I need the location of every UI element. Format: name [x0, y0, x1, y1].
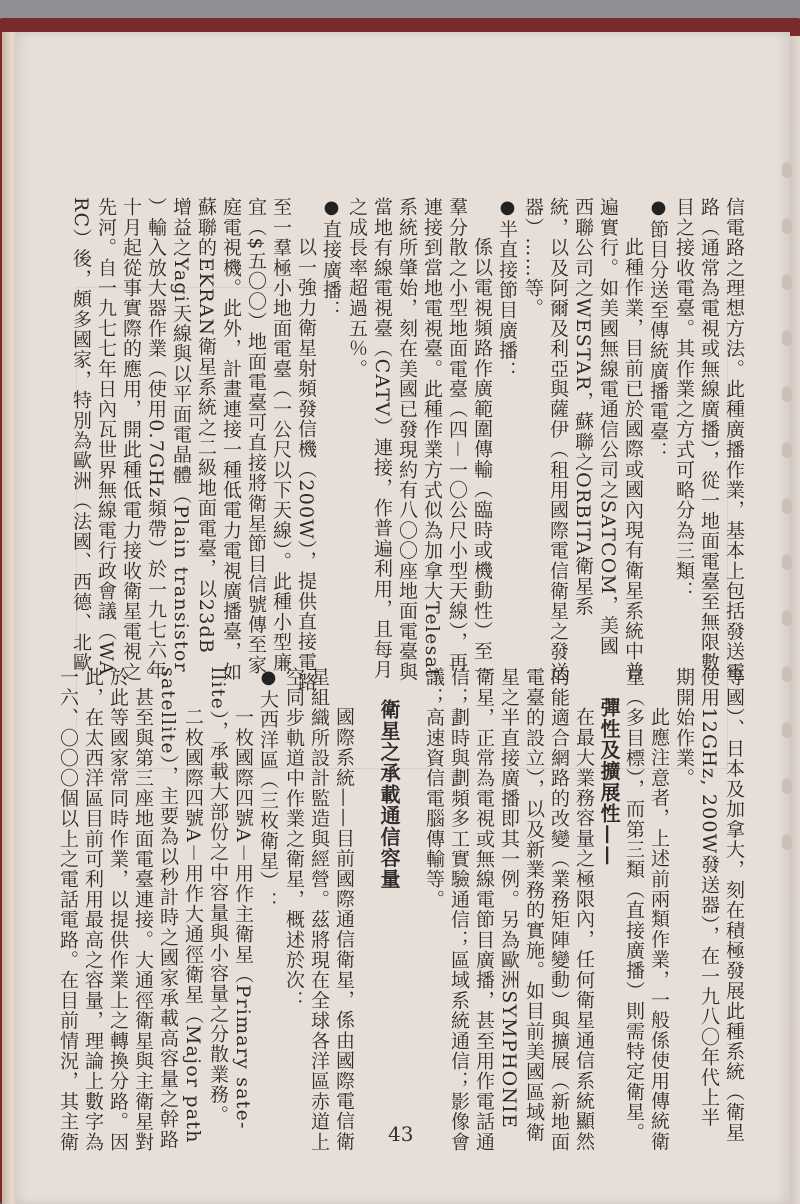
paragraph-start-column: 係以電視頻路作廣範圍傳輸（臨時或機動性）至一 [469, 197, 494, 627]
text-column: 羣分散之小型地面電臺（四－一〇公尺小型天線），再 [444, 197, 469, 627]
text-column: 之成長率超過五％。 [344, 197, 369, 627]
paragraph-start-column: 二枚國際四號A－用作大通徑衛星（Major path [180, 667, 205, 1097]
text-column: 星組織所設計監造與經營。茲將現在全球各洋區赤道上 [306, 667, 331, 1097]
text-column: 庭電視機。此外，計畫連接一種低電力電視廣播臺，如 [218, 197, 243, 627]
text-column: 西聯公司之WESTAR，蘇聯之ORBITA衛星系 [570, 197, 595, 627]
text-column: 先河。自一九七七年日內瓦世界無線電行政會議（WA [93, 197, 118, 627]
text-column: 蘇聯的EKRAN衛星系統之二級地面電臺，以23dB [193, 197, 218, 627]
text-column: 目之接收電臺。其作業之方式可略分為三類： [671, 197, 696, 627]
text-column: 星之半直接廣播即其一例。另為歐洲SYMPHONIE [496, 667, 521, 1097]
column-spacer [401, 667, 421, 1097]
text-column: 於此等國家常同時作業，以提供作業上之轉換分路。因 [105, 667, 130, 1097]
vertical-text-block: 信電路之理想方法。此種廣播作業，基本上包括發送電路（通常為電視或無線廣播），從一… [56, 167, 746, 1087]
text-column: 議；高速資信電腦傳輸等。 [421, 667, 446, 1097]
book-page: 信電路之理想方法。此種廣播作業，基本上包括發送電路（通常為電視或無線廣播），從一… [16, 32, 790, 1204]
text-column: 系統所肇始，刻在美國已發現約有八〇〇座地面電臺與 [394, 197, 419, 627]
text-column: 星（多目標），而第三類（直接廣播）則需特定衛星。 [621, 667, 646, 1097]
text-column: 等國）、日本及加拿大，刻在積極發展此種系統（衛星 [721, 667, 746, 1097]
text-column: llite），承載大部份之中容量與小容量之分散業務。 [205, 667, 230, 1097]
binding-holes [776, 162, 796, 922]
text-column: 。甚至與第三座地面電臺連接。大通徑衛星與主衛星對 [130, 667, 155, 1097]
bullet-heading: 直接廣播： [318, 197, 344, 627]
column-spacer [356, 667, 376, 1097]
text-column: 期開始作業。 [671, 667, 696, 1097]
page-number: 43 [388, 1122, 413, 1146]
text-column: 遍實行。如美國無線電通信公司之SATCOM，美國 [595, 197, 620, 627]
text-column: RC）後，頗多國家，特別為歐洲（法國、西德、北歐 [68, 197, 93, 627]
text-column: 連接到當地電視臺。此種作業方式似為加拿大Telesat [419, 197, 444, 627]
text-column: 宜（$五〇〇）地面電臺可直接將衛星節目信號傳至家 [243, 197, 268, 627]
bullet-heading: 節目分送至傳統廣播電臺： [645, 197, 671, 627]
text-column: 的能適合網路的改變（業務矩陣變動）與擴展（新地面 [546, 667, 571, 1097]
lower-text-section: 等國）、日本及加拿大，刻在積極發展此種系統（衛星使用12GHz, 200W發送器… [56, 667, 746, 1097]
text-column: 信；劃時與劃頻多工實驗通信；區域系統通信；影像會 [446, 667, 471, 1097]
bullet-heading: 大西洋區（三枚衛星）： [255, 667, 281, 1097]
text-column: 一六、〇〇〇個以上之電話電路。在目前情況，其主衛 [55, 667, 80, 1097]
text-column: 器）……等。 [520, 197, 545, 627]
text-column: 衛星，正常為電視或無線電節目廣播，甚至用作電話通 [471, 667, 496, 1097]
text-column: 統，以及阿爾及利亞與薩伊（租用國際電信衛星之發送 [545, 197, 570, 627]
text-column: ）輸入放大器作業（使用0.7GHz頻帶）於一九七六年 [143, 197, 168, 627]
text-column: 信電路之理想方法。此種廣播作業，基本上包括發送電 [721, 197, 746, 627]
text-column: 路（通常為電視或無線廣播），從一地面電臺至無限數 [696, 197, 721, 627]
paragraph-start-column: 在最大業務容量之極限內，任何衛星通信系統顯然 [571, 667, 596, 1097]
text-column: 十月起從事實際的應用，開此種低電力接收衛星電視之 [118, 197, 143, 627]
chapter-heading: 衛星之承載通信容量 [376, 667, 401, 1097]
paragraph-start-column: 此應注意者，上述前兩類作業，一般係使用傳統衛 [646, 667, 671, 1097]
paragraph-start-column: 此種作業，目前已於國際或國內現有衛星系統中普 [620, 197, 645, 627]
paragraph-start-column: 國際系統——目前國際通信衛星，係由國際電信衛 [331, 667, 356, 1097]
text-column: 當地有線電視臺（CATV）連接，作普遍利用，且每月 [369, 197, 394, 627]
upper-text-section: 信電路之理想方法。此種廣播作業，基本上包括發送電路（通常為電視或無線廣播），從一… [56, 197, 746, 627]
paragraph-start-column: 以一強力衛星射頻發信機（200W），提供直接電路 [293, 197, 318, 627]
section-heading: 彈性及擴展性—— [596, 667, 621, 1097]
text-column: 電臺的設立），以及新業務的實施。如目前美國區域衛 [521, 667, 546, 1097]
text-column: 增益之Yagi天線與以平面電晶體（Plain transistor [168, 197, 193, 627]
text-column: 使用12GHz, 200W發送器），在一九八〇年代上半 [696, 667, 721, 1097]
bullet-heading: 半直接節目廣播： [494, 197, 520, 627]
paragraph-start-column: 一枚國際四號A－用作主衛星（Primary sate- [230, 667, 255, 1097]
text-column: 此，在太西洋區目前可利用最高之容量，理論上數字為 [80, 667, 105, 1097]
text-column: 空同步軌道中作業之衛星，概述於次： [281, 667, 306, 1097]
text-column: 至一羣極小地面電臺（一公尺以下天線）。此種小型廉 [268, 197, 293, 627]
text-column: satellite），主要為以秒計時之國家承載高容量之幹路 [155, 667, 180, 1097]
